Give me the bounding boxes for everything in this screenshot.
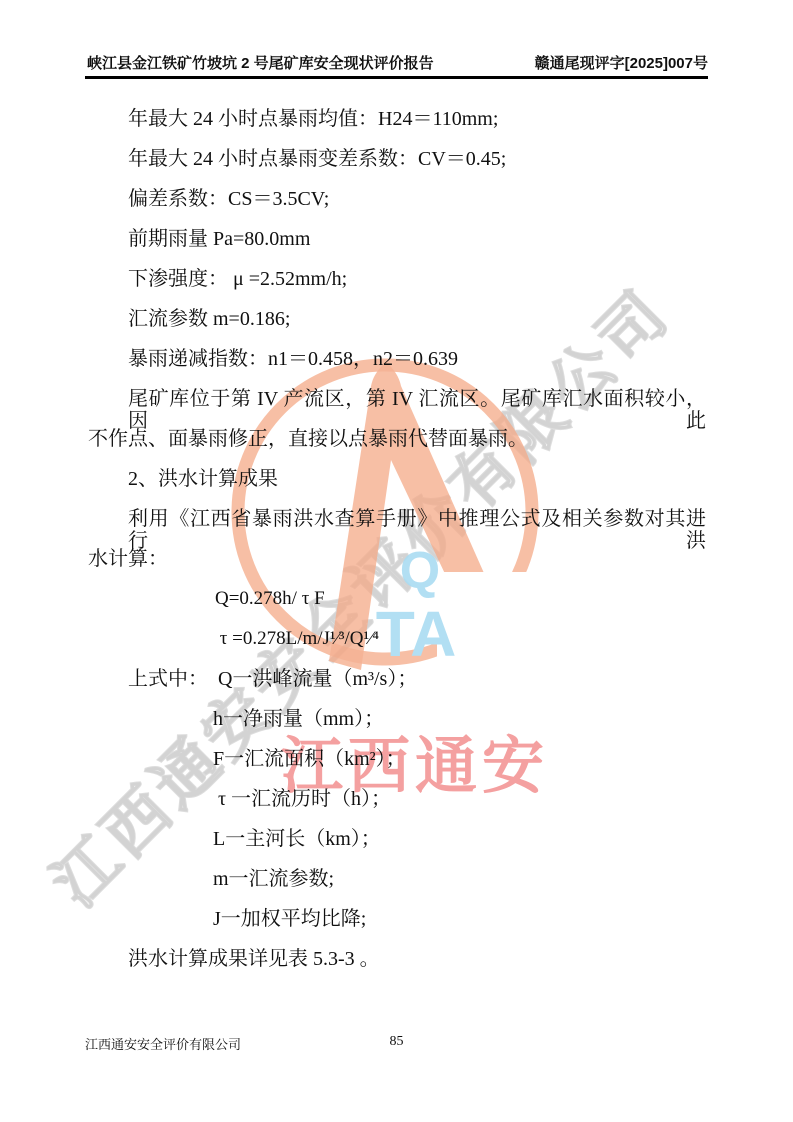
body-line: 暴雨递减指数：n1＝0.458，n2＝0.639	[0, 348, 793, 370]
body-line: 汇流参数 m=0.186;	[0, 308, 793, 330]
section-heading: 2、洪水计算成果	[0, 468, 793, 490]
document-page: 峡江县金江铁矿竹坡坑 2 号尾矿库安全现状评价报告 赣通尾现评字[2025]00…	[0, 0, 793, 1122]
body-line: 年最大 24 小时点暴雨均值：H24＝110mm;	[0, 108, 793, 130]
definition-line: F一汇流面积（km²）；	[0, 748, 793, 770]
document-number: 赣通尾现评字[2025]007号	[535, 52, 708, 73]
body-line: 前期雨量 Pa=80.0mm	[0, 228, 793, 250]
body-line: 年最大 24 小时点暴雨变差系数：CV＝0.45;	[0, 148, 793, 170]
body-line: 上式中： Q一洪峰流量（m³/s）；	[0, 668, 793, 690]
body-line: 偏差系数：CS＝3.5CV;	[0, 188, 793, 210]
page-footer: 江西通安安全评价有限公司 85	[85, 1034, 708, 1054]
body-line: 下渗强度： μ =2.52mm/h;	[0, 268, 793, 290]
definition-line: m一汇流参数;	[0, 868, 793, 890]
definition-line: L一主河长（km）；	[0, 828, 793, 850]
report-title: 峡江县金江铁矿竹坡坑 2 号尾矿库安全现状评价报告	[87, 52, 434, 73]
body-line: 利用《江西省暴雨洪水查算手册》中推理公式及相关参数对其进行洪	[0, 508, 706, 530]
body-line: 尾矿库位于第 IV 产流区，第 IV 汇流区。尾矿库汇水面积较小，因此	[0, 388, 706, 410]
definition-line: J一加权平均比降;	[0, 908, 793, 930]
page-number: 85	[85, 1034, 708, 1050]
document-body: 年最大 24 小时点暴雨均值：H24＝110mm; 年最大 24 小时点暴雨变差…	[0, 108, 793, 988]
formula-line: Q=0.278h/ τ F	[0, 588, 793, 610]
formula-line: τ =0.278L/m/J¹⁄³/Q¹⁄⁴	[0, 628, 793, 650]
body-line: 不作点、面暴雨修正，直接以点暴雨代替面暴雨。	[0, 428, 793, 450]
body-line: 水计算：	[0, 548, 793, 570]
definition-line: τ 一汇流历时（h）；	[0, 788, 793, 810]
body-line: 洪水计算成果详见表 5.3-3 。	[0, 948, 793, 970]
page-header: 峡江县金江铁矿竹坡坑 2 号尾矿库安全现状评价报告 赣通尾现评字[2025]00…	[85, 52, 708, 79]
definition-line: h一净雨量（mm）；	[0, 708, 793, 730]
